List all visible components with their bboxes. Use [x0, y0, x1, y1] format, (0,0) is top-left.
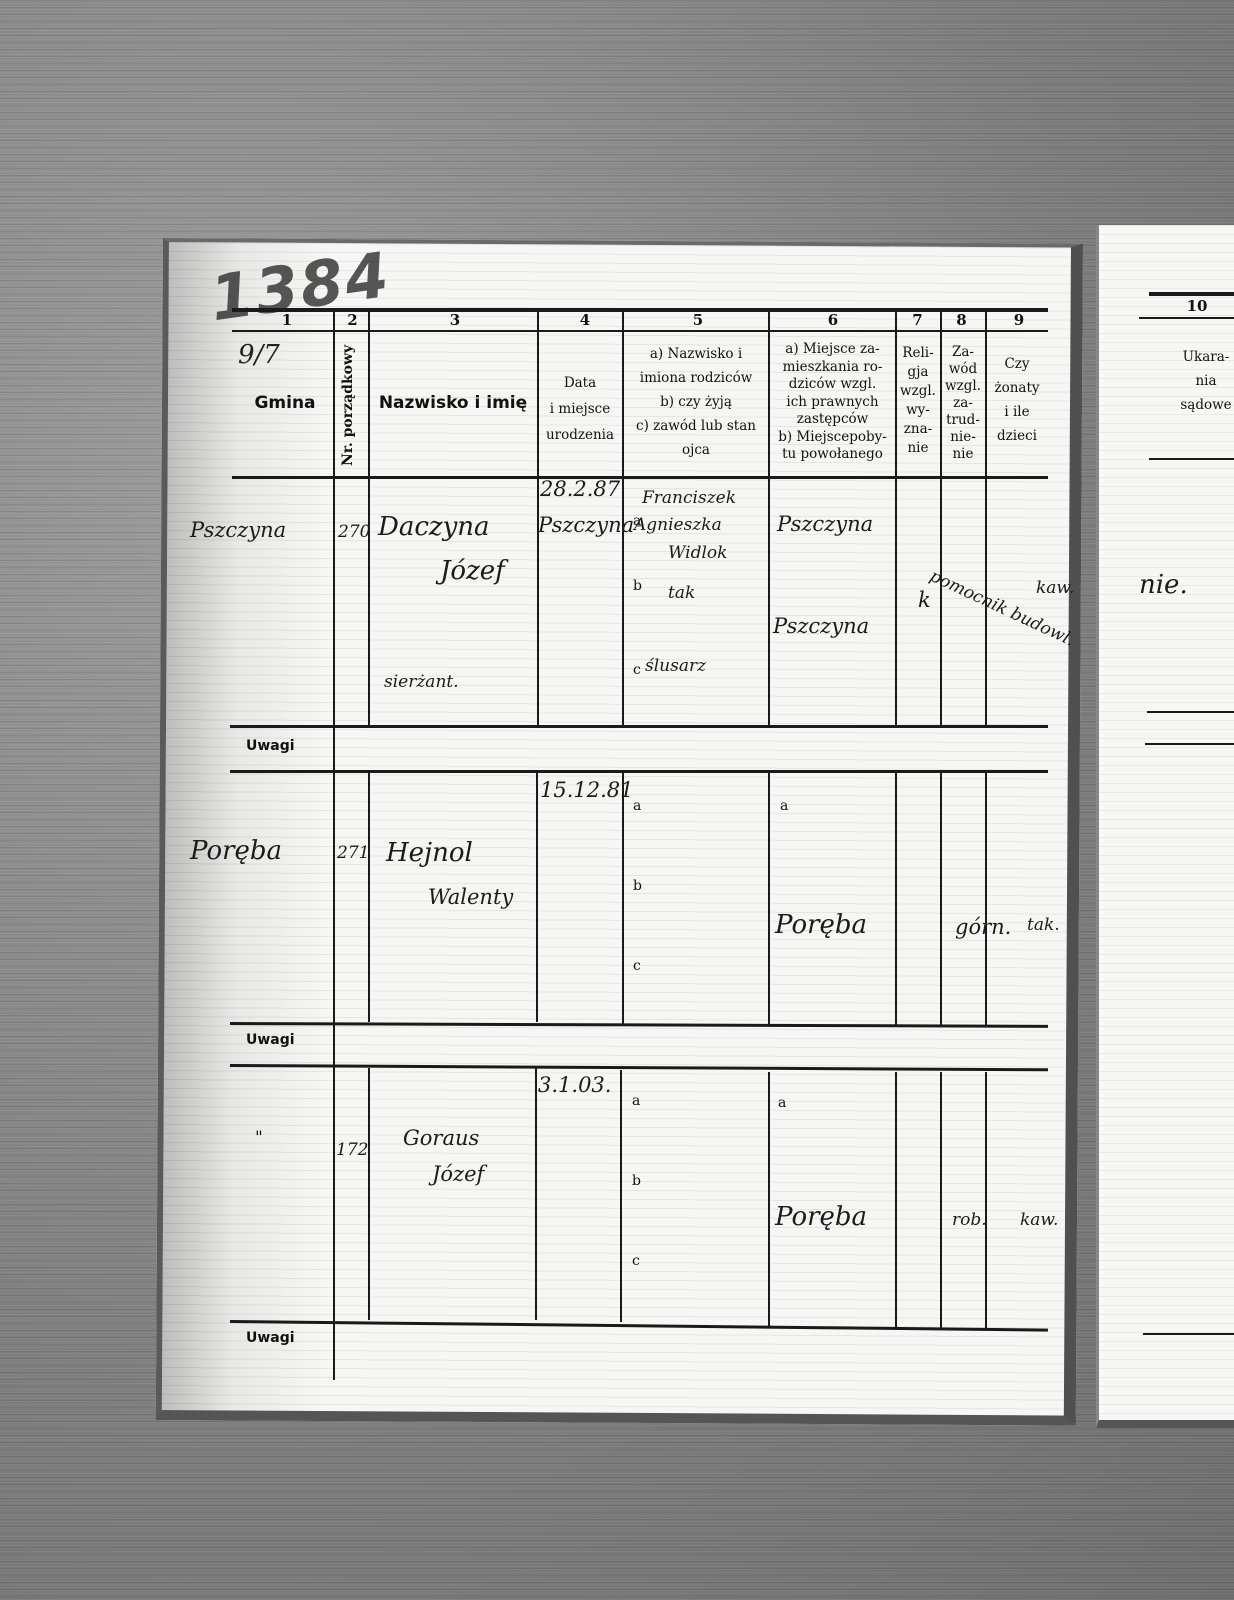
column-divider: [940, 772, 942, 1026]
record-1-father-name: Franciszek: [642, 488, 736, 508]
record-2-nr: 271: [337, 843, 369, 863]
header-line: dzieci: [986, 424, 1048, 448]
record-3-residence-b: Poręba: [775, 1202, 867, 1232]
archive-mark: 9/7: [238, 340, 280, 370]
column-number-8: 8: [949, 311, 974, 329]
rule: [1149, 292, 1234, 296]
label-c: c: [632, 1253, 640, 1269]
record-2-marital: tak.: [1027, 915, 1060, 935]
column-divider: [536, 772, 538, 1022]
header-religia: Reli- gja wzgl. wy- zna- nie: [896, 344, 940, 458]
header-line: Data: [539, 370, 621, 396]
header-line: wzgl.: [941, 378, 985, 395]
header-line: i miejsce: [539, 396, 621, 422]
record-1-religion: k: [918, 588, 931, 612]
record-3-gmina: ": [255, 1128, 263, 1148]
header-line: a) Nazwisko i: [624, 342, 768, 366]
header-line: żonaty: [986, 376, 1048, 400]
label-c: c: [633, 662, 641, 678]
header-miejsce-zamieszkania: a) Miejsce za- mieszkania ro- dziców wzg…: [770, 341, 895, 464]
header-line: ojca: [624, 438, 768, 462]
record-2-gmina: Poręba: [190, 836, 282, 866]
header-line: i ile: [986, 400, 1048, 424]
header-line: zastępców: [770, 411, 895, 429]
record-2-birth-date: 15.12.81: [540, 778, 634, 802]
header-line: tu powołanego: [770, 446, 895, 464]
record-3-marital: kaw.: [1020, 1210, 1058, 1230]
header-line: trud-: [941, 412, 985, 429]
header-line: wy-: [896, 401, 940, 420]
column-number-7: 7: [905, 311, 930, 329]
header-rodzice: a) Nazwisko i imiona rodziców b) czy żyj…: [624, 342, 768, 462]
header-line: sądowe: [1151, 393, 1234, 417]
column-divider: [768, 772, 770, 1024]
remarks-label-2: Uwagi: [246, 1032, 295, 1048]
column-divider: [333, 312, 335, 1380]
header-line: urodzenia: [539, 422, 621, 448]
record-1-residence-a: Pszczyna: [777, 512, 873, 536]
column-divider: [333, 1023, 335, 1069]
header-line: zna-: [896, 420, 940, 439]
column-number-5: 5: [683, 311, 713, 329]
record-2-given-name: Walenty: [428, 885, 513, 909]
column-number-rule: [232, 330, 1048, 332]
record-1-nr: 270: [338, 522, 370, 542]
header-line: ich prawnych: [770, 394, 895, 412]
column-number-3: 3: [440, 311, 470, 329]
header-line: Reli-: [896, 344, 940, 363]
header-line: Ukara-: [1151, 345, 1234, 369]
record-1-given-name: Józef: [440, 556, 505, 586]
record-1-mother-name: Agnieszka: [634, 515, 722, 535]
header-line: wzgl.: [896, 382, 940, 401]
header-line: wód: [941, 361, 985, 378]
column-number-9: 9: [1004, 311, 1034, 329]
header-line: gja: [896, 363, 940, 382]
label-b: b: [632, 1173, 641, 1189]
header-zonaty: Czy żonaty i ile dzieci: [986, 352, 1048, 448]
column-divider: [368, 772, 370, 1022]
record-3-nr: 172: [336, 1140, 368, 1160]
record-1-birth-date: 28.2.87: [540, 477, 620, 501]
header-line: Za-: [941, 344, 985, 361]
column-divider: [620, 1070, 622, 1322]
column-divider: [535, 1068, 537, 1320]
label-b: b: [633, 578, 642, 594]
rule: [1147, 711, 1234, 713]
column-divider: [895, 772, 897, 1026]
column-number-2: 2: [340, 311, 365, 329]
header-nr-porzadkowy: Nr. porządkowy: [340, 340, 362, 470]
rule: [1149, 458, 1234, 460]
column-divider: [768, 1072, 770, 1326]
header-line: za-: [941, 395, 985, 412]
record-1-father-occupation: ślusarz: [645, 656, 706, 676]
record-3-occupation: rob.: [952, 1210, 987, 1230]
column-number-6: 6: [818, 311, 848, 329]
record-1-gmina: Pszczyna: [190, 518, 286, 542]
record-1-surname: Daczyna: [378, 512, 490, 542]
column-number-1: 1: [272, 311, 302, 329]
record-2-occupation: górn.: [955, 915, 1011, 939]
header-line: b) Miejscepoby-: [770, 429, 895, 447]
header-zawod: Za- wód wzgl. za- trud- nie- nie: [941, 344, 985, 463]
rule: [1139, 317, 1234, 319]
record-1-parents-alive: tak: [668, 583, 695, 603]
record-3-surname: Goraus: [403, 1126, 479, 1150]
record-1-convictions: nie.: [1139, 570, 1188, 600]
record-2-surname: Hejnol: [386, 838, 473, 868]
column-divider: [622, 772, 624, 1024]
header-line: nie: [896, 439, 940, 458]
remarks-1-bottom-rule: [230, 770, 1048, 773]
column-divider: [333, 726, 335, 774]
header-line: Czy: [986, 352, 1048, 376]
record-3-given-name: Józef: [432, 1162, 484, 1186]
header-data-urodzenia: Data i miejsce urodzenia: [539, 370, 621, 448]
record-1-birth-place: Pszczyna: [538, 513, 634, 537]
rule: [1145, 743, 1234, 745]
remarks-label-1: Uwagi: [246, 738, 295, 754]
header-line: imiona rodziców: [624, 366, 768, 390]
header-line: nie-: [941, 429, 985, 446]
header-bottom-rule: [232, 476, 1048, 479]
label-b: b: [633, 878, 642, 894]
header-line: c) zawód lub stan: [624, 414, 768, 438]
header-col10: Ukara- nia sądowe: [1151, 345, 1234, 417]
record-1-marital: kaw.: [1036, 578, 1074, 598]
label-a: a: [632, 1093, 640, 1109]
label-a: a: [780, 798, 788, 814]
header-line: nia: [1151, 369, 1234, 393]
label-c: c: [633, 958, 641, 974]
record-1-bottom-rule: [230, 725, 1048, 728]
rule: [1143, 1333, 1234, 1335]
column-number-10: 10: [1177, 297, 1217, 315]
column-number-4: 4: [570, 311, 600, 329]
record-3-birth-date: 3.1.03.: [538, 1073, 611, 1097]
record-2-residence-b: Poręba: [775, 910, 867, 940]
record-1-note: sierżant.: [384, 672, 459, 692]
header-line: mieszkania ro-: [770, 359, 895, 377]
header-line: a) Miejsce za-: [770, 341, 895, 359]
facing-page: 10 Ukara- nia sądowe nie.: [1096, 225, 1234, 1428]
record-1-mother-maiden: Widlok: [668, 543, 727, 563]
header-line: dziców wzgl.: [770, 376, 895, 394]
label-a: a: [633, 798, 641, 814]
column-divider: [895, 1072, 897, 1328]
record-1-residence-b: Pszczyna: [773, 614, 869, 638]
header-nazwisko-imie: Nazwisko i imię: [372, 395, 534, 412]
column-divider: [985, 772, 987, 1026]
header-line: nie: [941, 446, 985, 463]
column-divider: [368, 1068, 370, 1320]
header-line: b) czy żyją: [624, 390, 768, 414]
remarks-label-3: Uwagi: [246, 1330, 295, 1346]
header-gmina: Gmina: [240, 395, 330, 412]
label-a: a: [778, 1095, 786, 1111]
column-divider: [940, 1072, 942, 1328]
column-divider: [985, 1072, 987, 1328]
column-divider: [368, 312, 370, 726]
